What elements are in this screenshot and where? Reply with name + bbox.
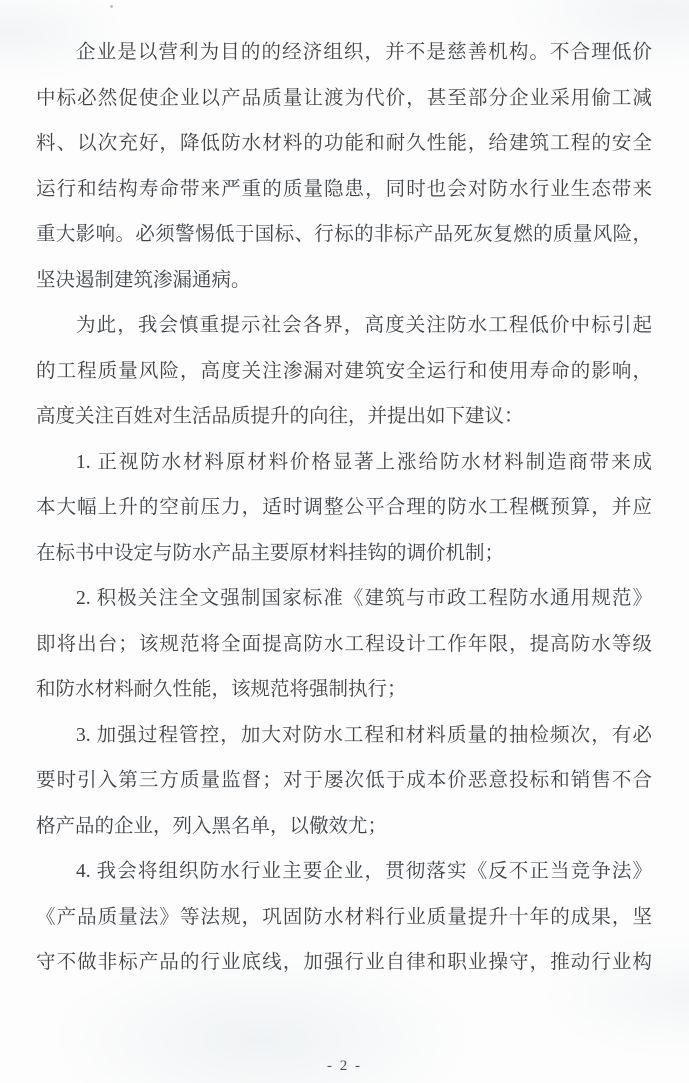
text-line: 要时引入第三方质量监督；对于屡次低于成本价恶意投标和销售不合 bbox=[36, 758, 652, 804]
text-line: 3. 加强过程管控，加大对防水工程和材料质量的抽检频次，有必 bbox=[36, 713, 652, 759]
text-line: 1. 正视防水材料原材料价格显著上涨给防水材料制造商带来成 bbox=[36, 440, 652, 486]
text-line: 企业是以营利为目的的经济组织，并不是慈善机构。不合理低价 bbox=[36, 30, 652, 76]
text-line: 本大幅上升的空前压力，适时调整公平合理的防水工程概预算，并应 bbox=[36, 485, 652, 531]
scan-speck bbox=[110, 5, 113, 8]
page-number: - 2 - bbox=[0, 1058, 689, 1075]
text-line: 在标书中设定与防水产品主要原材料挂钩的调价机制； bbox=[36, 531, 652, 577]
text-line: 和防水材料耐久性能，该规范将强制执行； bbox=[36, 667, 652, 713]
text-line: 中标必然促使企业以产品质量让渡为代价，甚至部分企业采用偷工减 bbox=[36, 76, 652, 122]
text-line: 守不做非标产品的行业底线，加强行业自律和职业操守，推动行业构 bbox=[36, 940, 652, 986]
document-page: 企业是以营利为目的的经济组织，并不是慈善机构。不合理低价中标必然促使企业以产品质… bbox=[0, 0, 689, 1083]
text-line: 为此，我会慎重提示社会各界，高度关注防水工程低价中标引起 bbox=[36, 303, 652, 349]
text-line: 运行和结构寿命带来严重的质量隐患，同时也会对防水行业生态带来 bbox=[36, 167, 652, 213]
text-line: 坚决遏制建筑渗漏通病。 bbox=[36, 258, 652, 304]
text-line: 料、以次充好，降低防水材料的功能和耐久性能，给建筑工程的安全 bbox=[36, 121, 652, 167]
text-line: 高度关注百姓对生活品质提升的向往，并提出如下建议： bbox=[36, 394, 652, 440]
text-line: 即将出台；该规范将全面提高防水工程设计工作年限，提高防水等级 bbox=[36, 622, 652, 668]
text-line: 的工程质量风险，高度关注渗漏对建筑安全运行和使用寿命的影响， bbox=[36, 349, 652, 395]
text-line: 《产品质量法》等法规，巩固防水材料行业质量提升十年的成果，坚 bbox=[36, 895, 652, 941]
text-line: 重大影响。必须警惕低于国标、行标的非标产品死灰复燃的质量风险， bbox=[36, 212, 652, 258]
text-line: 格产品的企业，列入黑名单，以儆效尤； bbox=[36, 804, 652, 850]
text-line: 2. 积极关注全文强制国家标准《建筑与市政工程防水通用规范》 bbox=[36, 576, 652, 622]
document-body: 企业是以营利为目的的经济组织，并不是慈善机构。不合理低价中标必然促使企业以产品质… bbox=[36, 30, 652, 986]
text-line: 4. 我会将组织防水行业主要企业，贯彻落实《反不正当竞争法》 bbox=[36, 849, 652, 895]
